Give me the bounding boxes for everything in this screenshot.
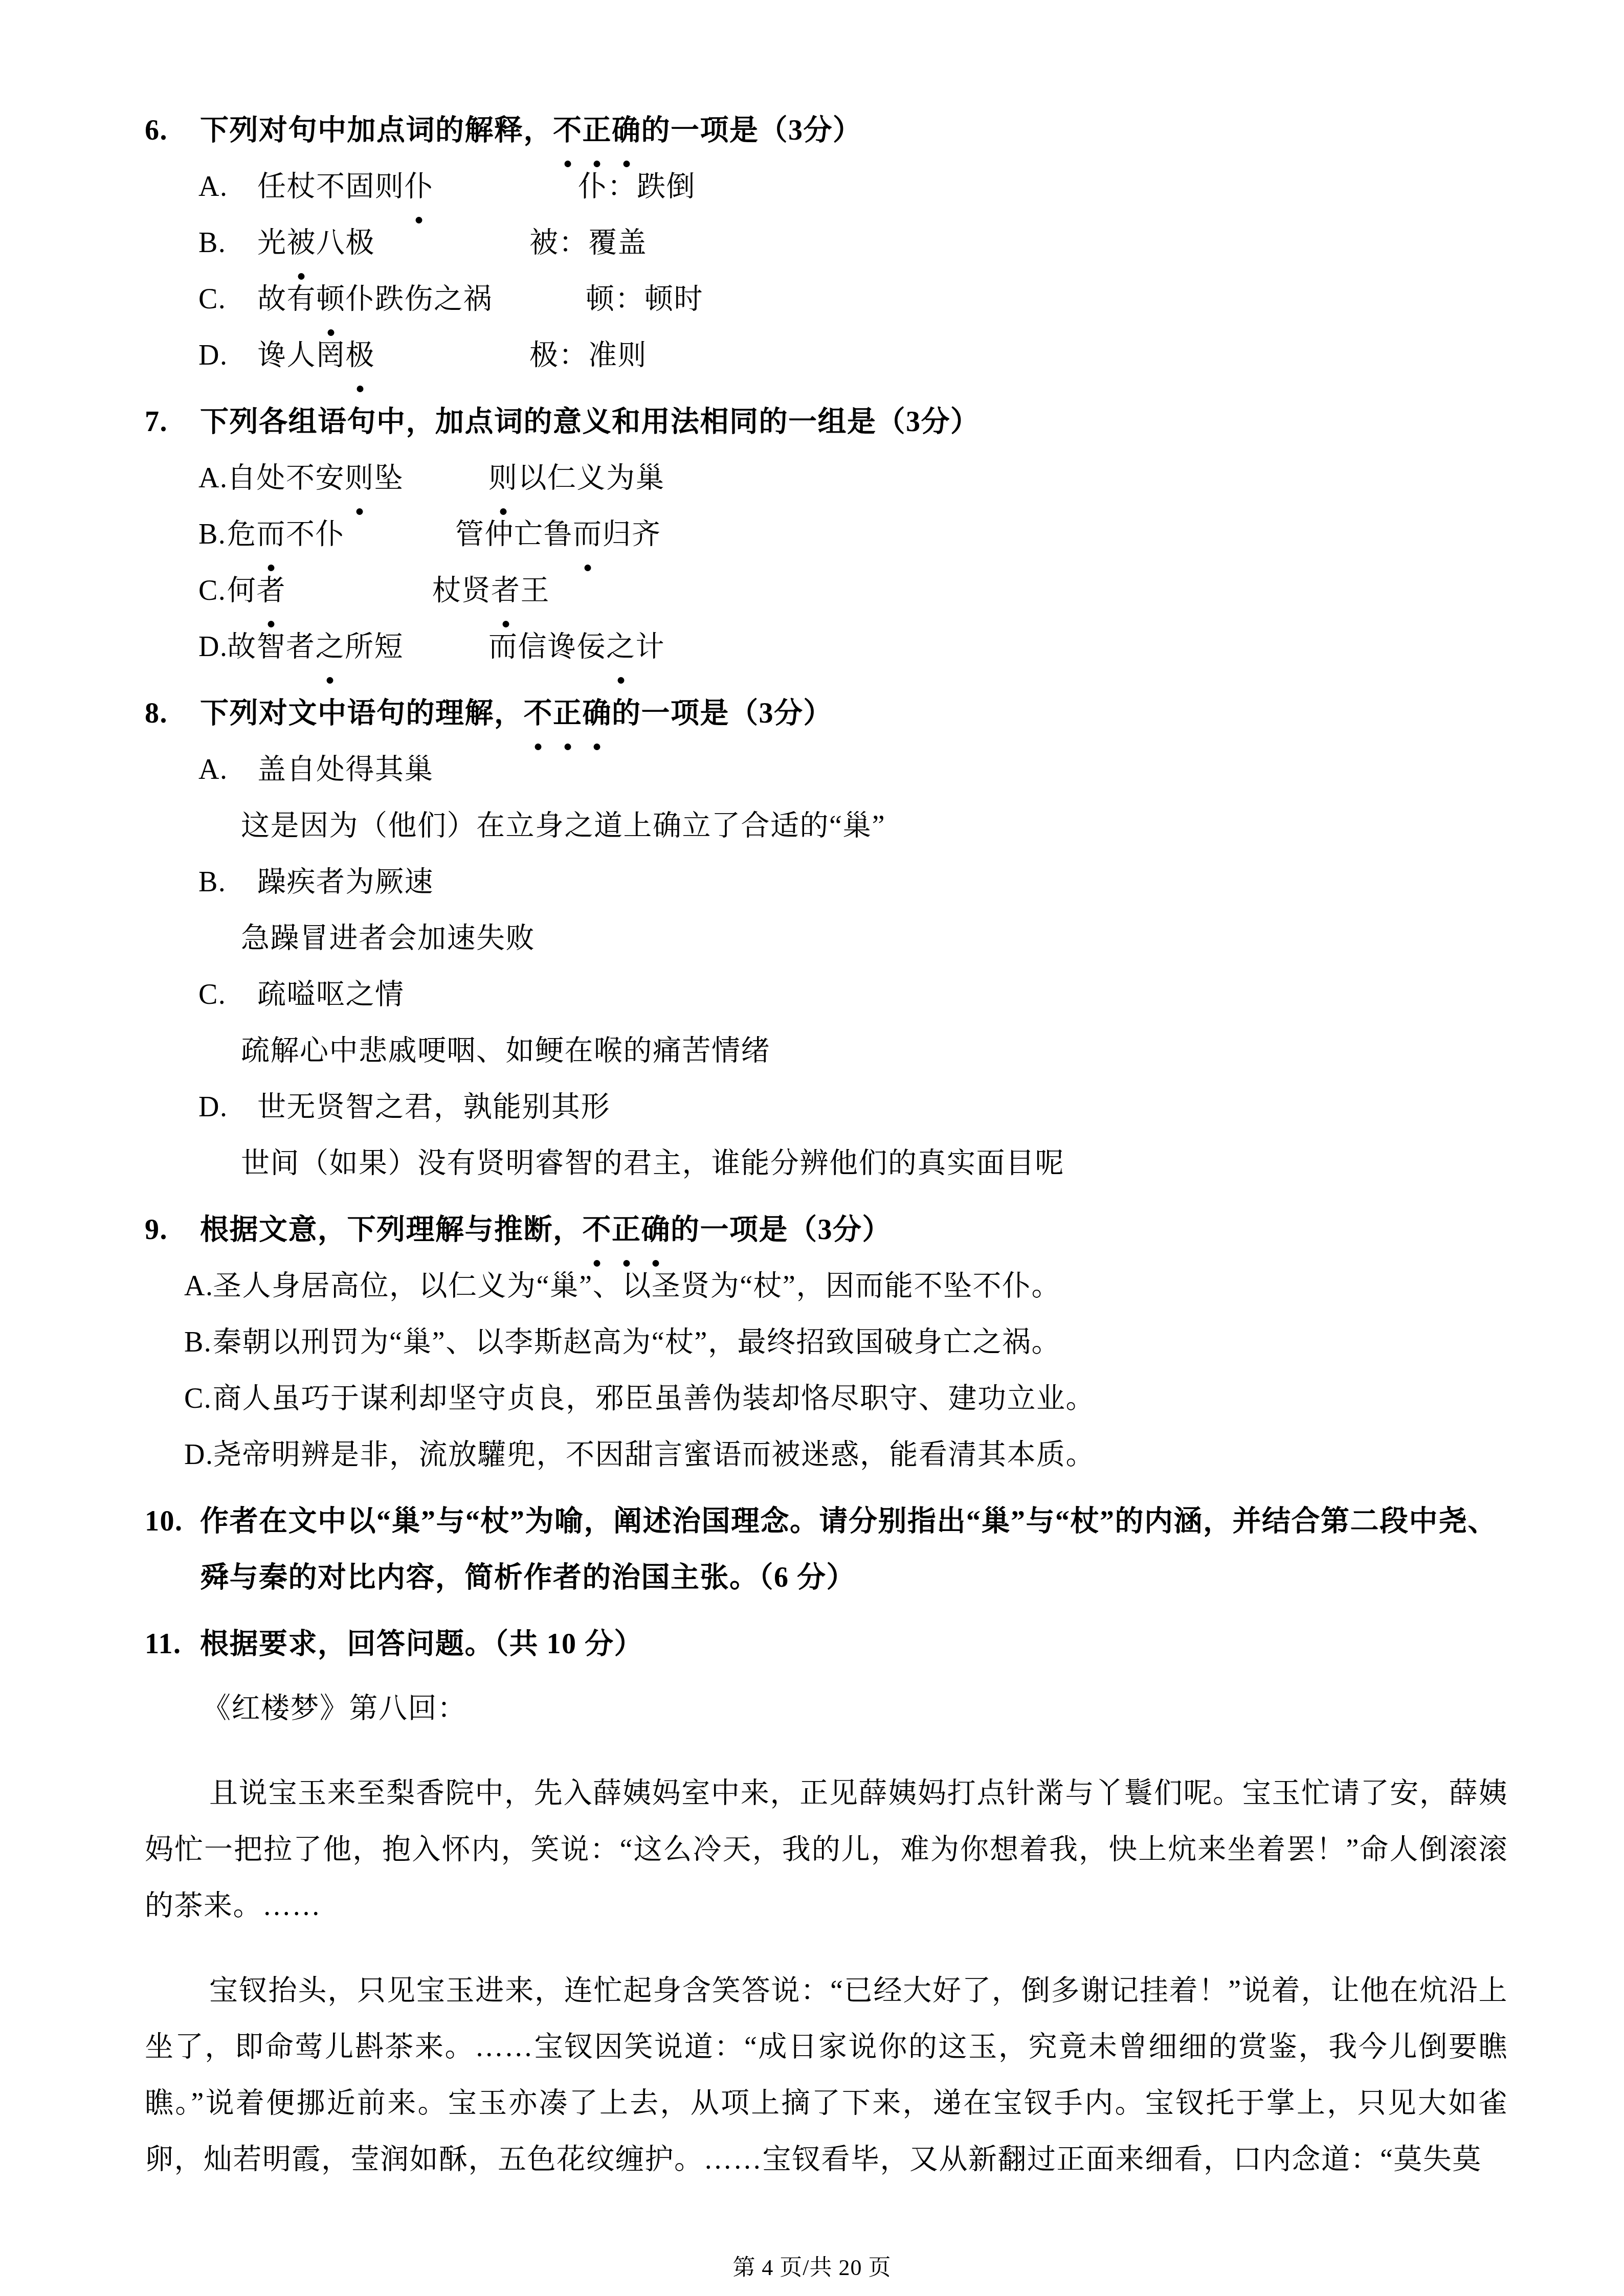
question-6-stem-row: 6. 下列对句中加点词的解释，不正确的一项是（3 分） — [145, 102, 1508, 159]
question-6-option-b: B.光被八极 被：覆盖 — [198, 215, 1508, 271]
question-7-option-d: D.故智者之所短 而信谗佞之计 — [198, 619, 1508, 675]
option-text: 圣人身居高位，以仁义为“巢”、以圣贤为“杖”，因而能不坠不仆。 — [213, 1270, 1061, 1302]
question-9-option-d: D.尧帝明辨是非，流放驩兜，不因甜言蜜语而被迷惑，能看清其本质。 — [184, 1427, 1508, 1483]
option-phrase-2: 而信谗佞之计 — [488, 619, 665, 675]
question-7-option-b: B.危而不仆 管仲亡鲁而归齐 — [198, 506, 1508, 562]
option-label: D. — [198, 327, 257, 384]
question-7-option-a: A.自处不安则坠 则以仁义为巢 — [198, 450, 1508, 506]
question-8-option-b-explanation: 急躁冒进者会加速失败 — [241, 910, 1508, 966]
passage-paragraph-2: 宝钗抬头，只见宝玉进来，连忙起身含笑答说：“已经大好了，倒多谢记挂着！”说着，让… — [145, 1963, 1508, 2188]
question-9-option-a: A.圣人身居高位，以仁义为“巢”、以圣贤为“杖”，因而能不坠不仆。 — [184, 1258, 1508, 1314]
option-phrase-2: 则以仁义为巢 — [488, 450, 665, 506]
exam-page: 6. 下列对句中加点词的解释，不正确的一项是（3 分） A.任杖不固则仆 仆：跌… — [0, 0, 1624, 2296]
question-9-option-b: B.秦朝以刑罚为“巢”、以李斯赵高为“杖”，最终招致国破身亡之祸。 — [184, 1314, 1508, 1370]
question-9: 9. 根据文意，下列理解与推断，不正确的一项是（3 分） A.圣人身居高位，以仁… — [145, 1202, 1508, 1483]
option-phrase-2: 杖贤者王 — [432, 562, 550, 619]
option-label: B. — [198, 854, 257, 910]
question-10-number: 10. — [145, 1493, 200, 1549]
question-6-option-d: D.谗人罔极 极：准则 — [198, 327, 1508, 384]
option-label: B. — [198, 215, 257, 271]
question-8-stem: 下列对文中语句的理解，不正确的一项是（3 分） — [200, 685, 1508, 741]
question-8-option-a: A.盖自处得其巢 — [198, 741, 1508, 798]
question-11-stem-row: 11. 根据要求，回答问题。（共 10 分） — [145, 1616, 1508, 1672]
question-9-stem: 根据文意，下列理解与推断，不正确的一项是（3 分） — [200, 1202, 1508, 1258]
option-label: C. — [198, 966, 257, 1023]
question-8-option-d: D.世无贤智之君，孰能别其形 — [198, 1079, 1508, 1135]
option-phrase: 谗人罔极 — [257, 340, 375, 371]
option-label: C. — [184, 1370, 213, 1427]
option-label: B. — [198, 506, 227, 562]
option-phrase-1: 何者 — [227, 575, 286, 606]
question-8-stem-row: 8. 下列对文中语句的理解，不正确的一项是（3 分） — [145, 685, 1508, 741]
passage-source: 《红楼梦》第八回： — [202, 1680, 1508, 1737]
option-phrase: 世无贤智之君，孰能别其形 — [257, 1091, 610, 1123]
question-10-stem-line-2: 舜与秦的对比内容，简析作者的治国主张。（6 分） — [200, 1549, 1508, 1606]
question-8-option-b: B.躁疾者为厥速 — [198, 854, 1508, 910]
question-6-number: 6. — [145, 102, 200, 159]
question-7-stem: 下列各组语句中，加点词的意义和用法相同的一组是（3 分） — [200, 394, 1508, 450]
question-11-stem: 根据要求，回答问题。（共 10 分） — [200, 1616, 1508, 1672]
question-7-stem-row: 7. 下列各组语句中，加点词的意义和用法相同的一组是（3 分） — [145, 394, 1508, 450]
question-7: 7. 下列各组语句中，加点词的意义和用法相同的一组是（3 分） A.自处不安则坠… — [145, 394, 1508, 675]
question-10-stem-line-1: 作者在文中以“巢”与“杖”为喻，阐述治国理念。请分别指出“巢”与“杖”的内涵，并… — [200, 1493, 1508, 1549]
exam-content: 6. 下列对句中加点词的解释，不正确的一项是（3 分） A.任杖不固则仆 仆：跌… — [145, 102, 1508, 2216]
question-9-option-c: C.商人虽巧于谋利却坚守贞良，邪臣虽善伪装却恪尽职守、建功立业。 — [184, 1370, 1508, 1427]
question-8-number: 8. — [145, 685, 200, 741]
option-gloss: 顿：顿时 — [586, 271, 703, 327]
option-phrase-1: 危而不仆 — [227, 519, 345, 550]
option-label: D. — [198, 1079, 257, 1135]
option-label: C. — [198, 562, 227, 619]
question-8-option-a-explanation: 这是因为（他们）在立身之道上确立了合适的“巢” — [241, 798, 1508, 854]
option-phrase-1: 自处不安则坠 — [227, 462, 404, 494]
option-phrase-1: 故智者之所短 — [227, 631, 404, 663]
question-8: 8. 下列对文中语句的理解，不正确的一项是（3 分） A.盖自处得其巢 这是因为… — [145, 685, 1508, 1191]
passage-hongloumeng: 《红楼梦》第八回： 且说宝玉来至梨香院中，先入薛姨妈室中来，正见薛姨妈打点针黹与… — [145, 1680, 1508, 2188]
option-label: B. — [184, 1314, 213, 1370]
passage-paragraph-1: 且说宝玉来至梨香院中，先入薛姨妈室中来，正见薛姨妈打点针黹与丫鬟们呢。宝玉忙请了… — [145, 1765, 1508, 1934]
page-footer: 第 4 页/共 20 页 — [0, 2249, 1624, 2282]
question-10-stem: 作者在文中以“巢”与“杖”为喻，阐述治国理念。请分别指出“巢”与“杖”的内涵，并… — [200, 1493, 1508, 1606]
option-phrase: 光被八极 — [257, 227, 375, 259]
option-phrase: 躁疾者为厥速 — [257, 866, 434, 898]
option-text: 尧帝明辨是非，流放驩兜，不因甜言蜜语而被迷惑，能看清其本质。 — [213, 1439, 1095, 1471]
question-8-option-d-explanation: 世间（如果）没有贤明睿智的君主，谁能分辨他们的真实面目呢 — [241, 1135, 1508, 1191]
option-label: A. — [198, 159, 257, 215]
option-text: 秦朝以刑罚为“巢”、以李斯赵高为“杖”，最终招致国破身亡之祸。 — [213, 1326, 1061, 1358]
question-7-number: 7. — [145, 394, 200, 450]
question-8-option-c-explanation: 疏解心中悲戚哽咽、如鲠在喉的痛苦情绪 — [241, 1023, 1508, 1079]
option-label: A. — [198, 741, 257, 798]
option-gloss: 被：覆盖 — [529, 215, 647, 271]
option-phrase: 盖自处得其巢 — [257, 754, 434, 785]
question-8-option-c: C.疏嗌呕之情 — [198, 966, 1508, 1023]
option-label: C. — [198, 271, 257, 327]
option-label: D. — [184, 1427, 213, 1483]
question-11-number: 11. — [145, 1616, 200, 1672]
question-6-option-c: C.故有顿仆跌伤之祸 顿：顿时 — [198, 271, 1508, 327]
option-label: A. — [198, 450, 227, 506]
option-phrase: 疏嗌呕之情 — [257, 979, 405, 1010]
question-10-stem-row: 10. 作者在文中以“巢”与“杖”为喻，阐述治国理念。请分别指出“巢”与“杖”的… — [145, 1493, 1508, 1606]
question-6: 6. 下列对句中加点词的解释，不正确的一项是（3 分） A.任杖不固则仆 仆：跌… — [145, 102, 1508, 384]
option-label: D. — [198, 619, 227, 675]
question-6-stem: 下列对句中加点词的解释，不正确的一项是（3 分） — [200, 102, 1508, 159]
question-7-option-c: C.何者 杖贤者王 — [198, 562, 1508, 619]
question-9-number: 9. — [145, 1202, 200, 1258]
option-gloss: 仆：跌倒 — [578, 159, 696, 215]
option-label: A. — [184, 1258, 213, 1314]
option-phrase: 故有顿仆跌伤之祸 — [257, 283, 493, 315]
question-10: 10. 作者在文中以“巢”与“杖”为喻，阐述治国理念。请分别指出“巢”与“杖”的… — [145, 1493, 1508, 1606]
question-6-option-a: A.任杖不固则仆 仆：跌倒 — [198, 159, 1508, 215]
option-gloss: 极：准则 — [529, 327, 647, 384]
option-text: 商人虽巧于谋利却坚守贞良，邪臣虽善伪装却恪尽职守、建功立业。 — [213, 1383, 1095, 1414]
option-phrase: 任杖不固则仆 — [257, 171, 434, 202]
question-11: 11. 根据要求，回答问题。（共 10 分） — [145, 1616, 1508, 1672]
question-9-stem-row: 9. 根据文意，下列理解与推断，不正确的一项是（3 分） — [145, 1202, 1508, 1258]
option-phrase-2: 管仲亡鲁而归齐 — [455, 506, 661, 562]
